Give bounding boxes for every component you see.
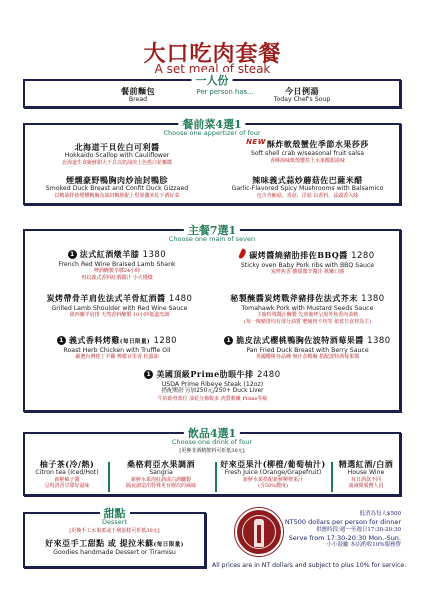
section-subtitle: Choose one appertizer of four [25, 129, 399, 137]
item-soup: 今日例湯 Today Chef's Soup [257, 86, 347, 104]
main-item: 秘製醃醬炭烤戰斧豬排佐法式芥末 1380 Tomahawk Pork with … [215, 293, 400, 325]
item-bread: 餐前麵包 Bread [103, 86, 173, 104]
drink-item: 好來亞果汁(柳橙/葡萄柚汁) Fresh Juice (Orange/Grape… [218, 459, 328, 489]
drink-item: 桑格莉亞水果調酒 Sangria 新鮮水果泡紅酒或白酒釀製 隔夜創造出特殊更有層… [111, 459, 211, 489]
logo-emblem [254, 519, 264, 547]
drinks-section: 飲品4選1 Choose one drink of four [更換非酒精飲料可… [23, 432, 401, 496]
new-badge: NEW [246, 138, 266, 146]
appetizers-section: 餐前菜4選1 Choose one appertizer of four 北海道… [23, 123, 401, 205]
appetizer-item: 辣味義式蒜炒蘑菇佐巴薩米醋 Garlic-Flavored Spicy Mush… [215, 175, 400, 199]
drinks-note: [更換非酒精飲料可折抵30元] [25, 447, 399, 454]
footer-info: 低消為每人$500 NT500 dollars per person for d… [285, 511, 401, 549]
main-item: 1法式紅酒燉羊膝 1380 French Red Wine Braised La… [27, 249, 207, 281]
service-charge-note: All prices are in NT dollars and subject… [212, 562, 406, 569]
dessert-item: 好來亞手工甜點 或 提拉米蘇(每日限量) Goodies handmade De… [27, 538, 202, 557]
number-one-icon: 1 [57, 336, 66, 345]
appetizer-item: 北海道干貝佐白可利醬 Hokkaido Scallop with Caulifl… [27, 142, 207, 166]
number-one-icon: 1 [68, 250, 77, 259]
mains-section: 主餐7選1 Choose one main of seven 1法式紅酒燉羊膝 … [23, 229, 401, 412]
number-one-icon: 1 [144, 370, 153, 379]
drink-item: 柚子茶(冷/熱) Citron tea (Iced/Hot) 新鮮柚子醬 呈現清… [27, 459, 107, 489]
appetizer-item: NEW酥炸軟殼蟹佐季節水果莎莎 Soft shell crab w/season… [215, 139, 400, 164]
section-title: 一人份 [192, 72, 233, 88]
column-divider [215, 462, 217, 492]
per-person-label: Per person has... [185, 88, 265, 96]
per-person-section: 一人份 餐前麵包 Bread Per person has... 今日例湯 To… [23, 79, 401, 108]
number-one-icon: 1 [224, 336, 233, 345]
drink-item: 精選紅酒/白酒 House Wine 每日酒款不同 請詢問服務人員 [333, 459, 399, 489]
section-subtitle: Dessert [25, 518, 204, 526]
main-item: 1美國頂級Prime肋眼牛排 2480 USDA Prime Ribeye St… [105, 369, 320, 402]
restaurant-logo [235, 508, 283, 556]
chili-spicy-icon [238, 248, 247, 259]
column-divider [108, 462, 110, 492]
main-item: 1脆皮法式櫻桃鴨胸佐波特酒莓果醬 1380 Pan Fried Duck Bre… [215, 335, 400, 361]
dessert-section: 甜點 Dessert [更換手工水果派或千層蛋糕可折抵30元] 好來亞手工甜點 … [23, 512, 206, 568]
section-subtitle: Choose one drink of four [25, 438, 399, 446]
main-item: 碳烤醬燒豬肋排佐BBQ醬 1280 Sticky oven Baby Pork … [215, 249, 400, 276]
main-item: 1義式香料烤雞(每日限量) 1280 Roast Herb Chicken wi… [27, 335, 207, 361]
section-subtitle: Choose one main of seven [25, 235, 399, 243]
dessert-note: [更換手工水果派或千層蛋糕可折抵30元] [25, 527, 204, 534]
main-item: 炭烤帶骨羊肩佐法式羊骨紅酒醬 1480 Grilled Lamb Shoulde… [27, 293, 212, 319]
appetizer-item: 煙燻豪野鴨胸肉炒油封鴨胗 Smoked Duck Breast and Conf… [27, 175, 207, 199]
